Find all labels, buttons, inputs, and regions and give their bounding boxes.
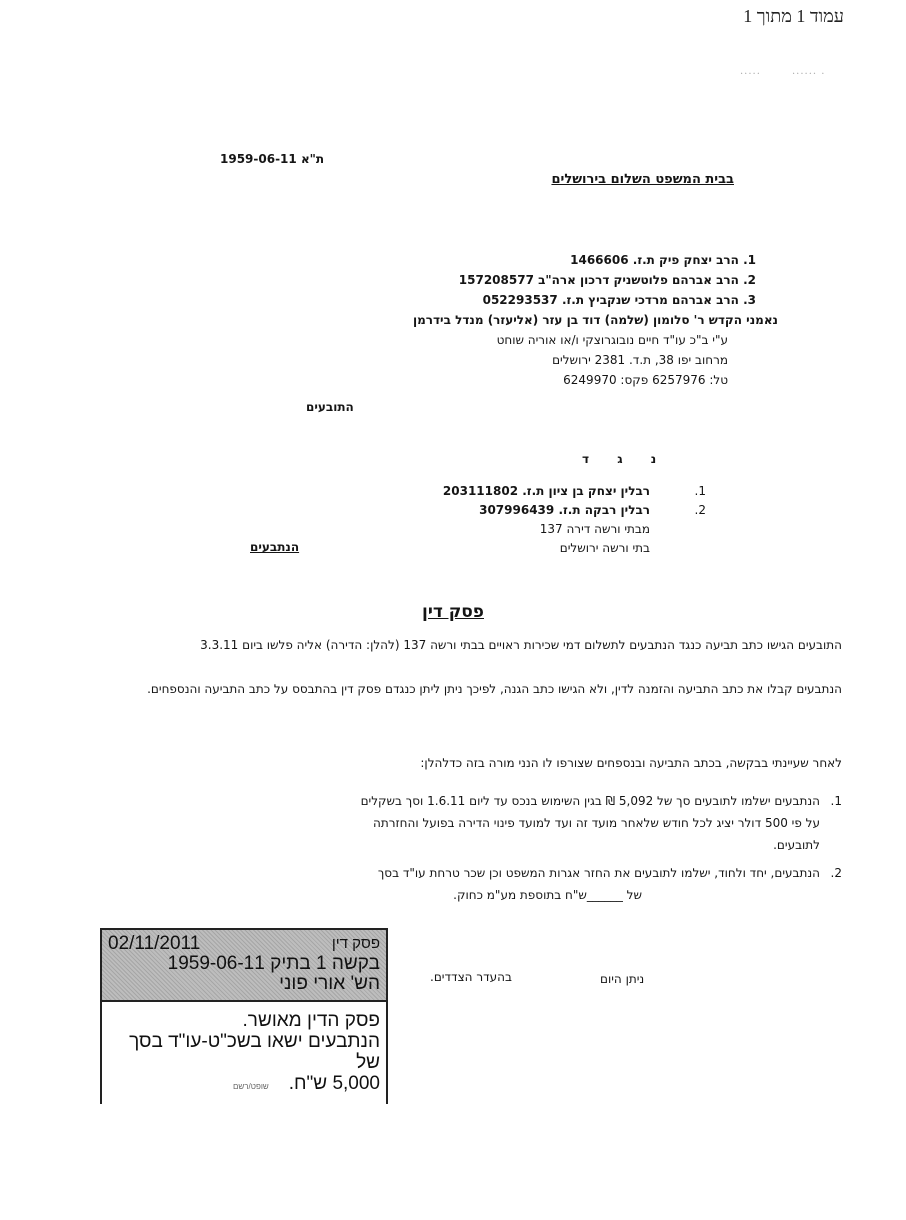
stamp-body: פסק הדין מאושר. הנתבעים ישאו בשכ"ט-עו"ד … (102, 1002, 386, 1105)
stamp-approval-text: פסק הדין מאושר. (108, 1010, 380, 1031)
phone-fax-line: טל: 6257976 פקס: 6249970 (413, 370, 756, 390)
defendant-city: בתי ורשה ירושלים (443, 539, 706, 558)
scan-artifact: ..... (740, 66, 761, 77)
plaintiffs-block: 1. הרב יצחק פיק ת.ז. 1466606 2. הרב אברה… (413, 250, 756, 390)
absence-of-parties-label: בהעדר הצדדים. (430, 970, 512, 984)
defendant-number: 2. (676, 501, 706, 520)
defendant-line: רבלין רבקה ת.ז. 307996439 (479, 503, 650, 517)
order-item: 1.הנתבעים ישלמו לתובעים סך של 5,092 ₪ בג… (122, 790, 842, 856)
orders-list: 1.הנתבעים ישלמו לתובעים סך של 5,092 ₪ בג… (122, 790, 842, 912)
stamp-judge-line: הש' אורי פוני (279, 974, 380, 994)
defendants-label: הנתבעים (250, 540, 299, 554)
judgment-title: פסק דין (0, 602, 906, 622)
court-name: בבית המשפט השלום בירושלים (551, 172, 734, 187)
scan-artifact: ...... . (792, 66, 825, 77)
address-line: מרחוב יפו 38, ת.ד. 2381 ירושלים (413, 350, 756, 370)
paragraph-claim: התובעים הגישו כתב תביעה כנגד הנתבעים לתש… (122, 634, 842, 656)
stamp-doc-type: פסק דין (332, 934, 380, 954)
stamp-signature-label: שופט/רשם (233, 1082, 269, 1091)
given-today-label: ניתן היום (600, 972, 644, 986)
order-text: הנתבעים ישלמו לתובעים סך של 5,092 ₪ בגין… (361, 794, 820, 808)
judge-approval-stamp: פסק דין 02/11/2011 בקשה 1 בתיק 1959-06-1… (100, 928, 388, 1104)
plaintiff-line: 1. הרב יצחק פיק ת.ז. 1466606 (413, 250, 756, 270)
stamp-header: פסק דין 02/11/2011 בקשה 1 בתיק 1959-06-1… (102, 928, 386, 1002)
defendant-number: 1. (676, 482, 706, 501)
order-continuation: של ______ש"ח בתוספת מע"מ כחוק. (122, 884, 842, 906)
plaintiff-line: 3. הרב אברהם מרדכי שנקביץ ת.ז. 052293537 (413, 290, 756, 310)
stamp-date: 02/11/2011 (108, 934, 200, 954)
stamp-request-line: בקשה 1 בתיק 1959-06-11 (168, 954, 380, 974)
order-number: 1. (820, 790, 842, 812)
case-number: ת"א 1959-06-11 (220, 152, 324, 166)
stamp-amount: 5,000 ש"ח. (289, 1073, 380, 1094)
order-item: 2.הנתבעים, יחד ולחוד, ישלמו לתובעים את ה… (122, 862, 842, 906)
trustees-line: נאמני הקדש ר' סלומון (שלמה) דוד בן עזר (… (413, 310, 784, 330)
order-text: הנתבעים, יחד ולחוד, ישלמו לתובעים את החז… (378, 866, 820, 880)
defendants-block: 1.רבלין יצחק בן ציון ת.ז. 203111802 2.רב… (443, 482, 706, 558)
order-continuation: לתובעים. (122, 834, 842, 856)
page-number-header: עמוד 1 מתוך 1 (743, 6, 844, 27)
order-number: 2. (820, 862, 842, 884)
plaintiff-line: 2. הרב אברהם פלוטשניק דרכון ארה"ב 157208… (413, 270, 756, 290)
order-continuation: על פי 500 דולר יציג לכל חודש שלאחר מועד … (122, 812, 842, 834)
paragraph-ruling-intro: לאחר שעיינתי בבקשה, בכתב התביעה ובנספחים… (122, 752, 842, 774)
attorney-line: ע"י ב"כ עו"ד חיים נובוגרוצקי ו/או אוריה … (413, 330, 756, 350)
versus-label: נ ג ד (582, 452, 668, 466)
paragraph-default: הנתבעים קבלו את כתב התביעה והזמנה לדין, … (122, 678, 842, 700)
stamp-fee-text: הנתבעים ישאו בשכ"ט-עו"ד בסך של (108, 1031, 380, 1073)
plaintiffs-label: התובעים (306, 400, 354, 414)
defendant-line: רבלין יצחק בן ציון ת.ז. 203111802 (443, 484, 650, 498)
defendant-address: מבתי ורשה דירה 137 (443, 520, 706, 539)
